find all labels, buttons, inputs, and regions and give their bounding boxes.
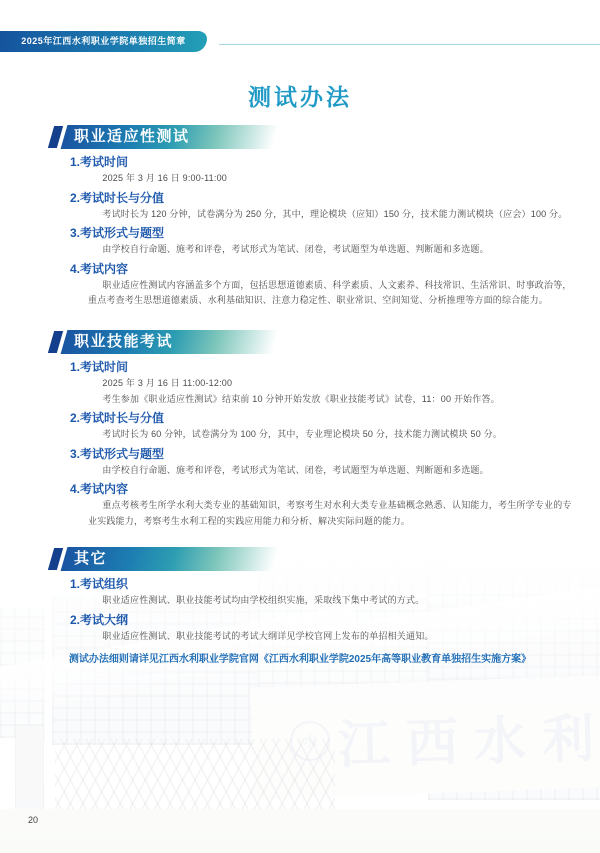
item-heading: 4.考试内容 xyxy=(70,482,572,496)
section-other: 其它 1.考试组织 职业适应性测试、职业技能考试均由学校组织实施，采取线下集中考… xyxy=(48,547,572,644)
item-heading: 2.考试时长与分值 xyxy=(70,411,572,425)
item-heading: 4.考试内容 xyxy=(70,262,572,276)
item-text: 职业适应性测试内容涵盖多个方面，包括思想道德素质、科学素质、人文素养、科技常识、… xyxy=(88,278,572,309)
footer-note: 测试办法细则请详见江西水利职业学院官网《江西水利职业学院2025年高等职业教育单… xyxy=(40,652,560,667)
section-skills-exam: 职业技能考试 1.考试时间 2025 年 3 月 16 日 11:00-12:0… xyxy=(48,330,572,529)
item-heading: 3.考试形式与题型 xyxy=(70,447,572,461)
header-badge: 2025年江西水利职业学院单独招生简章 xyxy=(0,31,207,52)
page-title: 测试办法 xyxy=(0,79,600,112)
item-text: 重点考核考生所学水利大类专业的基础知识，考察考生对水利大类专业基础概念熟悉、认知… xyxy=(88,498,572,529)
item-text: 由学校自行命题、施考和评卷，考试形式为笔试、闭卷，考试题型为单选题、判断题和多选… xyxy=(88,242,572,258)
section-aptitude-test: 职业适应性测试 1.考试时间 2025 年 3 月 16 日 9:00-11:0… xyxy=(48,125,572,309)
header-rule xyxy=(219,44,600,45)
item-heading: 2.考试时长与分值 xyxy=(70,191,572,205)
item-heading: 1.考试时间 xyxy=(70,360,572,374)
section-heading-ribbon: 职业适应性测试 xyxy=(48,125,282,149)
page-header: 2025年江西水利职业学院单独招生简章 xyxy=(0,31,600,52)
item-text: 职业适应性测试、职业技能考试均由学校组织实施，采取线下集中考试的方式。 xyxy=(88,593,572,609)
section-heading-ribbon: 职业技能考试 xyxy=(48,330,282,354)
item-text: 考试时长为 60 分钟，试卷满分为 100 分，其中，专业理论模块 50 分，技… xyxy=(88,427,572,443)
item-heading: 2.考试大纲 xyxy=(70,613,572,627)
item-text: 由学校自行命题、施考和评卷，考试形式为笔试、闭卷，考试题型为单选题、判断题和多选… xyxy=(88,463,572,479)
item-heading: 1.考试时间 xyxy=(70,155,572,169)
item-heading: 1.考试组织 xyxy=(70,577,572,591)
brochure-page: 水 江西水利 2025年江西水利职业学院单独招生简章 测试办法 职业适应性测试 … xyxy=(0,0,600,853)
item-text: 职业适应性测试、职业技能考试的考试大纲详见学校官网上发布的单招相关通知。 xyxy=(88,629,572,645)
section-heading: 其它 xyxy=(74,547,107,571)
item-text: 考试时长为 120 分钟，试卷满分为 250 分，其中，理论模块（应知）150 … xyxy=(88,207,572,223)
item-text: 2025 年 3 月 16 日 11:00-12:00 xyxy=(88,376,572,392)
page-number: 20 xyxy=(28,815,38,825)
item-text: 2025 年 3 月 16 日 9:00-11:00 xyxy=(88,171,572,187)
item-heading: 3.考试形式与题型 xyxy=(70,226,572,240)
item-text: 考生参加《职业适应性测试》结束前 10 分钟开始发放《职业技能考试》试卷，11：… xyxy=(88,392,572,408)
section-heading-ribbon: 其它 xyxy=(48,547,282,571)
section-heading: 职业适应性测试 xyxy=(74,125,190,149)
section-heading: 职业技能考试 xyxy=(74,330,173,354)
